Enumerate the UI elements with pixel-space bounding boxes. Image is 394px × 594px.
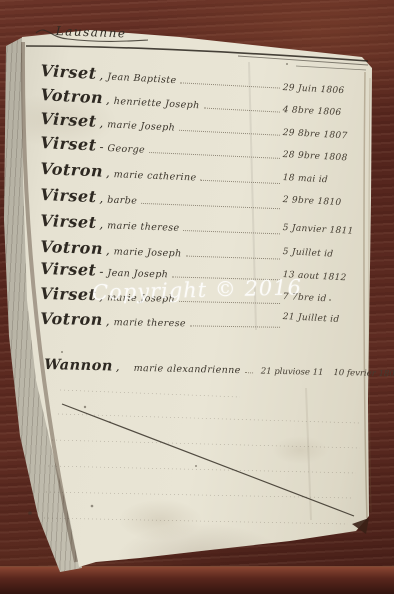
entry-given-name: marie therese bbox=[107, 220, 180, 234]
entry-separator: , bbox=[106, 92, 111, 106]
entry-surname: Votron bbox=[40, 159, 103, 181]
entry-surname: Virset bbox=[40, 61, 97, 83]
entry-given-name: barbe bbox=[107, 195, 137, 207]
bottom-entry-gregorian-date: 10 fevrier 1803 bbox=[333, 368, 394, 379]
entry-trail-line bbox=[141, 203, 280, 209]
entry-separator: , bbox=[106, 166, 110, 180]
entry-trail-line bbox=[179, 130, 280, 136]
entry-surname: Votron bbox=[40, 309, 103, 329]
entry-surname: Virset bbox=[40, 211, 97, 232]
page-header-title: Lausanne bbox=[56, 24, 127, 40]
entry-surname: Votron bbox=[40, 85, 104, 107]
entry-separator: , bbox=[99, 116, 104, 130]
entry-surname: Virset bbox=[40, 185, 97, 206]
entry-separator: , bbox=[99, 68, 104, 82]
entry-trail-line bbox=[204, 108, 280, 113]
bottom-entry-given-name: marie alexandrienne bbox=[134, 363, 241, 376]
register-entry-row: Votron , marie therese bbox=[40, 309, 280, 332]
bottom-entry-surname: Wannon bbox=[44, 356, 113, 374]
entry-trail-line bbox=[200, 180, 280, 184]
entry-trail-line bbox=[190, 325, 280, 327]
entry-separator: , bbox=[106, 314, 110, 328]
entry-surname: Votron bbox=[40, 237, 103, 258]
entry-separator: , bbox=[99, 191, 103, 205]
entry-trail-line bbox=[183, 230, 280, 234]
entry-separator: - bbox=[99, 265, 103, 279]
entry-surname: Virset bbox=[40, 259, 97, 279]
entry-surname: Virset bbox=[40, 133, 97, 155]
entry-given-name: George bbox=[107, 143, 145, 156]
entry-trail-line bbox=[149, 152, 280, 159]
entry-given-name: marie Joseph bbox=[114, 246, 182, 259]
entry-separator: - bbox=[99, 140, 104, 154]
entry-given-name: marie catherine bbox=[114, 169, 197, 183]
bottom-entry-separator: , bbox=[116, 360, 120, 374]
entry-trail-line bbox=[180, 82, 280, 88]
entry-trail-line bbox=[186, 256, 280, 260]
wooden-table-edge bbox=[0, 566, 394, 594]
bottom-entry-republican-date: 21 pluviose 11 bbox=[261, 367, 324, 378]
bottom-entry-trail-line bbox=[245, 372, 253, 373]
entry-surname: Virset bbox=[40, 284, 97, 304]
entry-given-name: Jean Baptiste bbox=[107, 72, 177, 87]
photo-of-register-page: Lausanne Virset , Jean Baptiste Votron ,… bbox=[0, 0, 394, 594]
entry-separator: , bbox=[99, 217, 103, 231]
entry-surname: Virset bbox=[40, 109, 97, 131]
entry-separator: , bbox=[106, 243, 110, 257]
entry-given-name: marie therese bbox=[114, 317, 186, 329]
entry-given-name: marie Joseph bbox=[107, 119, 175, 133]
